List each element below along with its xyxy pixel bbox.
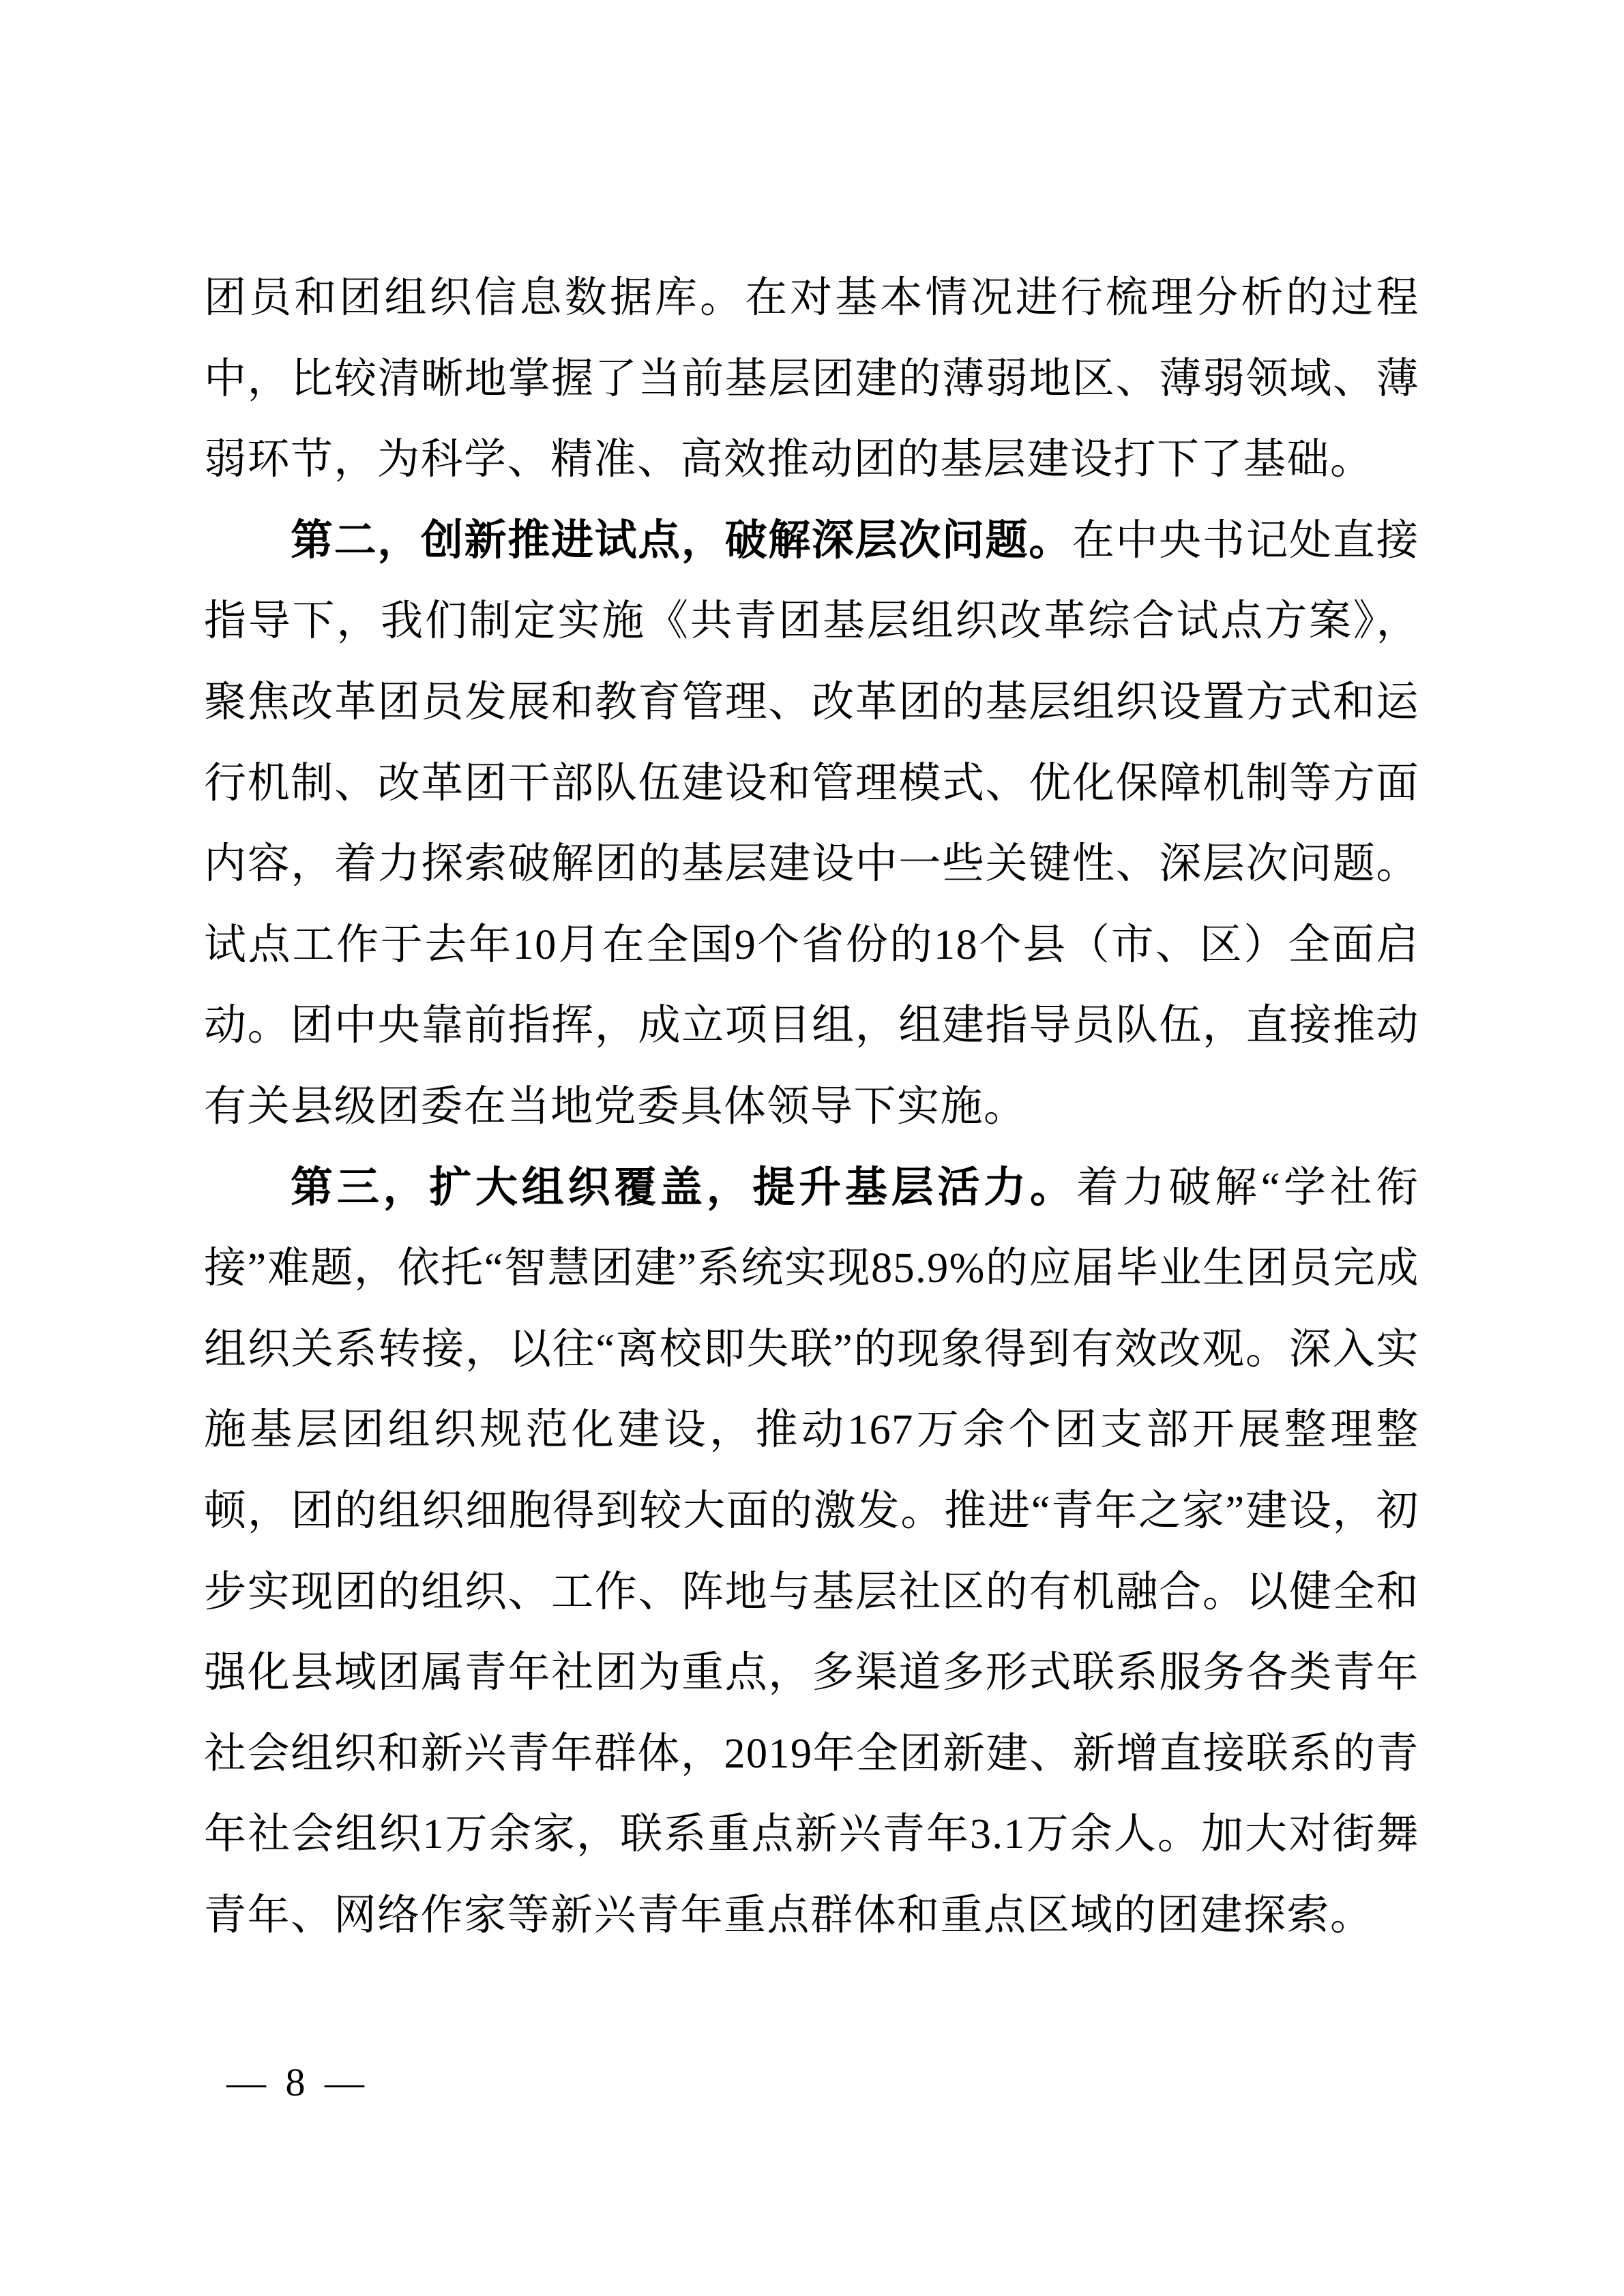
document-page: 团员和团组织信息数据库。在对基本情况进行梳理分析的过程中，比较清晰地掌握了当前基… [0,0,1624,2296]
paragraph-point-three: 第三，扩大组织覆盖，提升基层活力。着力破解“学社衔接”难题，依托“智慧团建”系统… [204,1148,1419,1956]
paragraph-continuation: 团员和团组织信息数据库。在对基本情况进行梳理分析的过程中，比较清晰地掌握了当前基… [204,258,1419,501]
document-body: 团员和团组织信息数据库。在对基本情况进行梳理分析的过程中，比较清晰地掌握了当前基… [204,258,1419,1956]
inline-heading-point-three: 第三，扩大组织覆盖，提升基层活力。 [291,1165,1076,1211]
body-text: 着力破解“学社衔接”难题，依托“智慧团建”系统实现85.9%的应届毕业生团员完成… [204,1165,1419,1939]
body-text: 在中央书记处直接指导下，我们制定实施《共青团基层组织改革综合试点方案》，聚焦改革… [204,518,1419,1130]
body-text: 团员和团组织信息数据库。在对基本情况进行梳理分析的过程中，比较清晰地掌握了当前基… [204,275,1419,483]
page-footer: — 8 — [226,2058,369,2107]
inline-heading-point-two: 第二，创新推进试点，破解深层次问题。 [291,518,1072,564]
page-number: — 8 — [226,2060,369,2104]
paragraph-point-two: 第二，创新推进试点，破解深层次问题。在中央书记处直接指导下，我们制定实施《共青团… [204,501,1419,1148]
